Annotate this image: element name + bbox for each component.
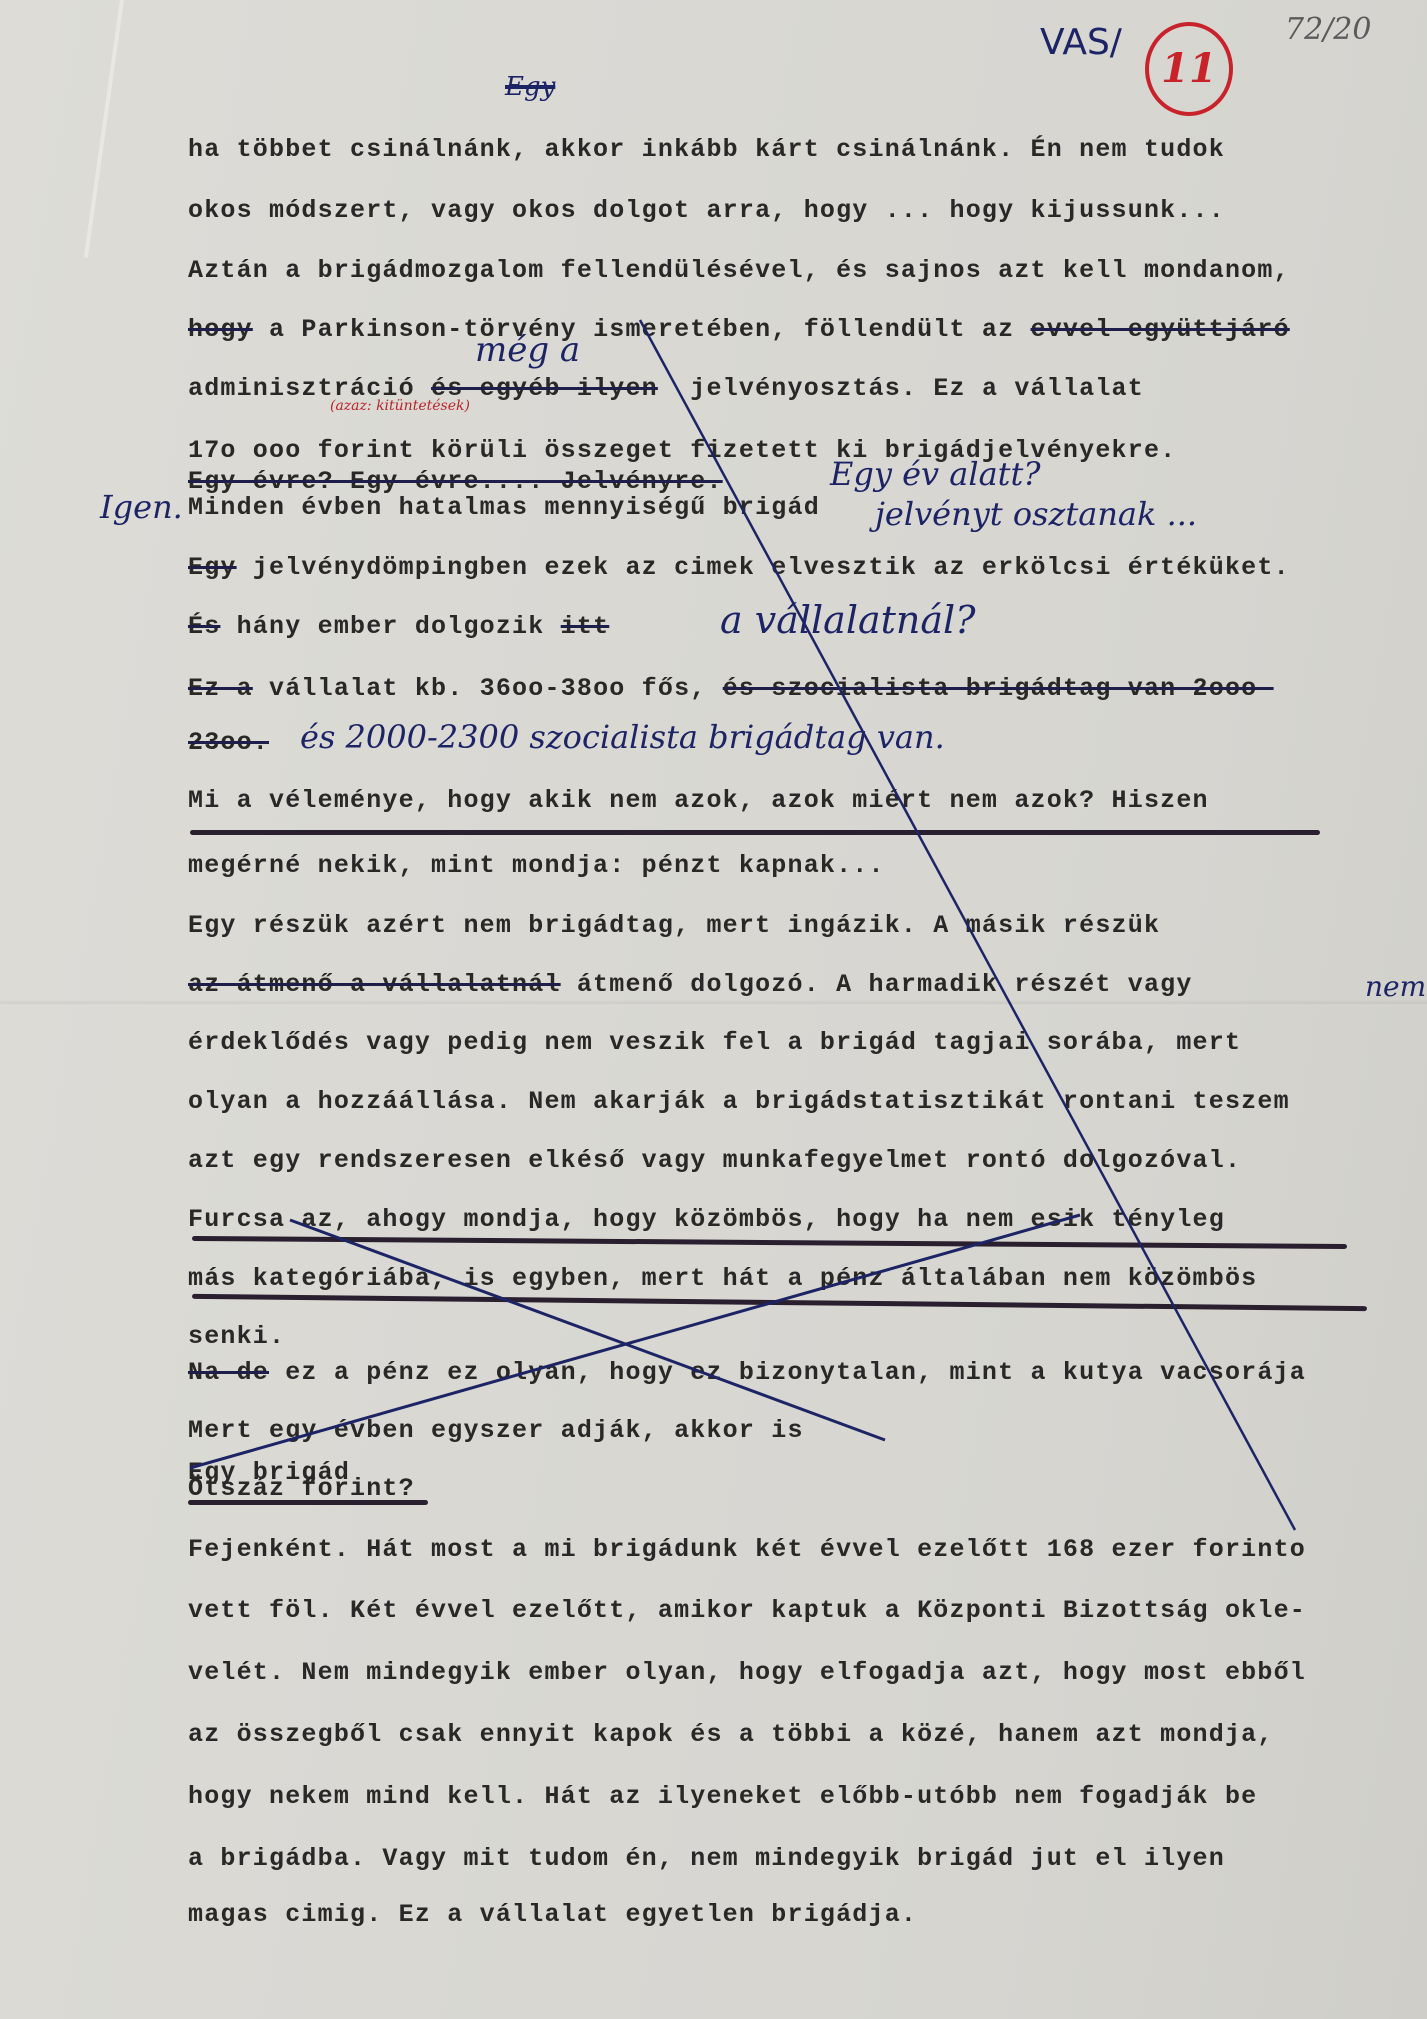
document-page: VAS/ 11 72/20 Egy ha többet csinálnánk, … (0, 0, 1427, 2019)
pen-cancel-strokes (0, 0, 1427, 2019)
